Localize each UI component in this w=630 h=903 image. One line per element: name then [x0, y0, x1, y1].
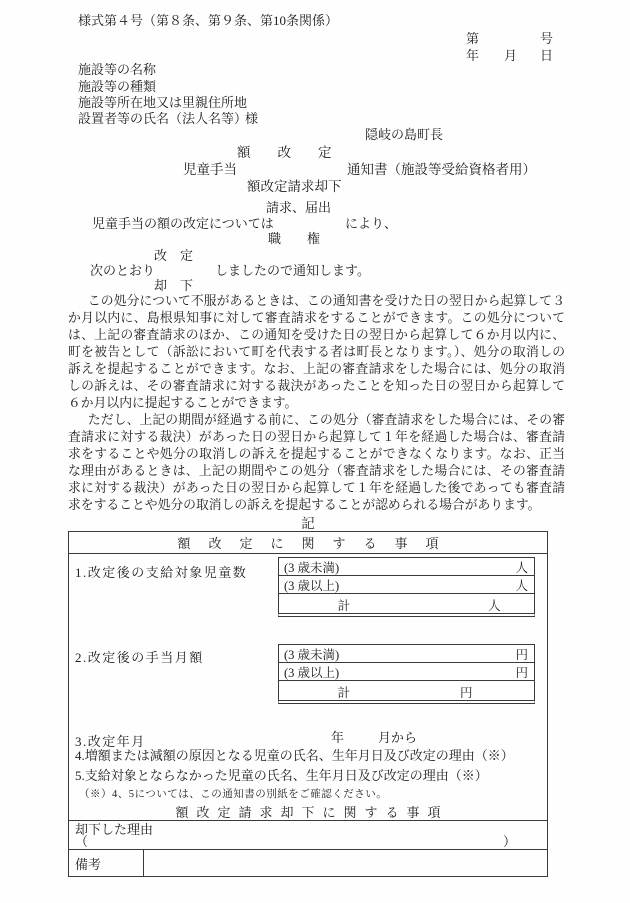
under3-amount-unit: 円	[515, 645, 528, 663]
table-row: (3 歳以上) 円	[279, 663, 534, 681]
count-total-label: 計	[338, 596, 351, 614]
item4-label: 4.増額または減額の原因となる児童の氏名、生年月日及び改定の理由（※）	[75, 749, 514, 763]
table-row: (3 歳未満) 人	[279, 558, 534, 576]
date-month-label: 月	[504, 49, 517, 63]
rejection-reason-cell: 却下した理由 （ ）	[69, 821, 547, 850]
statement1-post: により、	[345, 217, 397, 231]
form-number-label: 様式第４号（第８条、第９条、第10条関係）	[78, 14, 338, 28]
legal-notice-block: この処分について不服があるときは、この通知書を受けた日の翌日から起算して３か月以…	[68, 293, 565, 514]
statement1-option-authority: 職 権	[268, 232, 320, 246]
doc-number-prefix: 第	[466, 32, 479, 46]
over3-amount-unit: 円	[515, 663, 528, 681]
statement2-option-revise: 改 定	[154, 249, 193, 263]
over3-count-unit: 人	[515, 576, 528, 594]
facility-type-label: 施設等の種類	[78, 80, 156, 94]
title-option-amount-revision: 額 改 定	[237, 146, 332, 160]
section1-header-text: 額改定に関する事項	[177, 533, 456, 552]
date-day-label: 日	[540, 49, 553, 63]
revision-items-cell: 1.改定後の支給対象児童数 (3 歳未満) 人 (3 歳以上) 人 計 人 2.…	[69, 554, 547, 803]
notification-form-page: 様式第４号（第８条、第９条、第10条関係） 第 号 年 月 日 施設等の名称 施…	[0, 0, 630, 903]
issuer-name: 隠岐の島町長	[365, 128, 443, 142]
children-count-table: (3 歳未満) 人 (3 歳以上) 人 計 人	[278, 557, 535, 617]
doc-number-suffix: 号	[540, 32, 553, 46]
remarks-label: 備考	[75, 854, 101, 873]
title-notification: 通知書（施設等受給資格者用）	[347, 163, 536, 177]
title-option-rejection: 額改定請求却下	[247, 180, 342, 194]
amount-total-unit: 円	[460, 683, 473, 701]
under3-count-unit: 人	[515, 558, 528, 576]
remarks-label-cell: 備考	[69, 850, 144, 877]
under3-count-label: (3 歳未満)	[284, 558, 339, 576]
table-row: (3 歳以上) 人	[279, 576, 534, 594]
revision-year-label: 年	[331, 731, 344, 745]
rejection-paren-close: ）	[503, 835, 516, 849]
appeal-deadline-paragraph: ただし、上記の期間が経過する前に、この処分（審査請求をした場合には、その審査請求…	[68, 412, 565, 514]
section2-header-text: 額改定請求却下に関する事項	[175, 802, 448, 821]
statement2-option-reject: 却 下	[154, 279, 193, 293]
remarks-row: 備考	[69, 850, 547, 877]
statement1-pre: 児童手当の額の改定については	[92, 217, 274, 231]
statement1-option-request: 請求、届出	[266, 201, 331, 215]
title-child-allowance: 児童手当	[183, 163, 237, 177]
amount-total-label: 計	[338, 683, 351, 701]
date-year-label: 年	[466, 49, 479, 63]
facility-name-label: 施設等の名称	[78, 63, 156, 77]
over3-count-label: (3 歳以上)	[284, 576, 339, 594]
rejection-paren-open: （	[75, 835, 88, 849]
facility-address-label: 施設等所在地又は里親住所地	[78, 96, 247, 110]
item2-label: 2.改定後の手当月額	[75, 647, 204, 666]
under3-amount-label: (3 歳未満)	[284, 645, 339, 663]
revision-details-table: 額改定に関する事項 1.改定後の支給対象児童数 (3 歳未満) 人 (3 歳以上…	[68, 531, 548, 877]
item5-label: 5.支給対象とならなかった児童の氏名、生年月日及び改定の理由（※）	[75, 769, 488, 783]
over3-amount-label: (3 歳以上)	[284, 663, 339, 681]
count-total-row: 計 人	[279, 594, 534, 613]
ki-marker: 記	[68, 512, 548, 532]
appeal-notice-paragraph: この処分について不服があるときは、この通知書を受けた日の翌日から起算して３か月以…	[68, 293, 565, 412]
item1-label: 1.改定後の支給対象児童数	[75, 562, 247, 581]
section2-header-row: 額改定請求却下に関する事項	[69, 803, 547, 821]
asterisk-note: （※）4、5については、この通知書の別紙をご確認ください。	[79, 788, 387, 802]
table-row: (3 歳未満) 円	[279, 645, 534, 663]
amount-total-row: 計 円	[279, 681, 534, 700]
statement2-pre: 次のとおり	[90, 264, 155, 278]
honorific-label: 様	[245, 112, 258, 126]
count-total-unit: 人	[488, 596, 501, 614]
section1-header-row: 額改定に関する事項	[69, 532, 547, 554]
remarks-value-cell	[144, 850, 547, 877]
monthly-amount-table: (3 歳未満) 円 (3 歳以上) 円 計 円	[278, 644, 535, 704]
revision-month-label: 月から	[378, 731, 417, 745]
installer-name-label: 設置者等の氏名（法人名等）	[78, 112, 247, 126]
statement2-post: しましたので通知します。	[215, 264, 370, 278]
